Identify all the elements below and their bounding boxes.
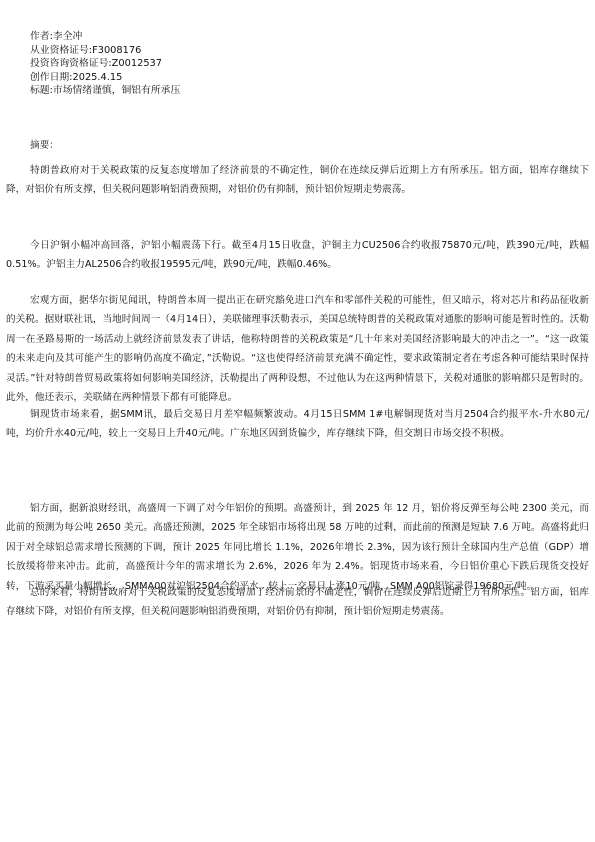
market-paragraph: 今日沪铜小幅冲高回落，沪铝小幅震荡下行。截至4月15日收盘，沪铜主力CU2506… xyxy=(6,236,589,275)
creation-date: 创作日期:2025.4.15 xyxy=(30,71,180,85)
author-line: 作者:李全冲 xyxy=(30,30,180,44)
consulting-number: 投资咨询资格证号:Z0012537 xyxy=(30,57,180,71)
qualification-number: 从业资格证号:F3008176 xyxy=(30,44,180,58)
abstract-label: 摘要： xyxy=(30,137,59,151)
macro-paragraph: 宏观方面，据华尔街见闻讯，特朗普本周一提出正在研究豁免进口汽车和零部件关税的可能… xyxy=(6,291,589,407)
copper-spot-paragraph: 铜现货市场来看，据SMM讯，最后交易日月差窄幅频繁波动。4月15日SMM 1#电… xyxy=(6,405,589,444)
aluminum-paragraph: 铝方面，据新浪财经讯，高盛周一下调了对今年铝价的预期。高盛预计，到 2025 年… xyxy=(6,499,589,596)
document-header: 作者:李全冲 从业资格证号:F3008176 投资咨询资格证号:Z0012537… xyxy=(30,30,180,98)
abstract-paragraph: 特朗普政府对于关税政策的反复态度增加了经济前景的不确定性，铜价在连续反弹后近期上… xyxy=(6,161,589,200)
document-title: 标题:市场情绪谨慎，铜铝有所承压 xyxy=(30,84,180,98)
conclusion-paragraph: 总的来看，特朗普政府对于关税政策的反复态度增加了经济前景的不确定性，铜价在连续反… xyxy=(6,583,589,622)
document-page: 作者:李全冲 从业资格证号:F3008176 投资咨询资格证号:Z0012537… xyxy=(0,0,595,842)
